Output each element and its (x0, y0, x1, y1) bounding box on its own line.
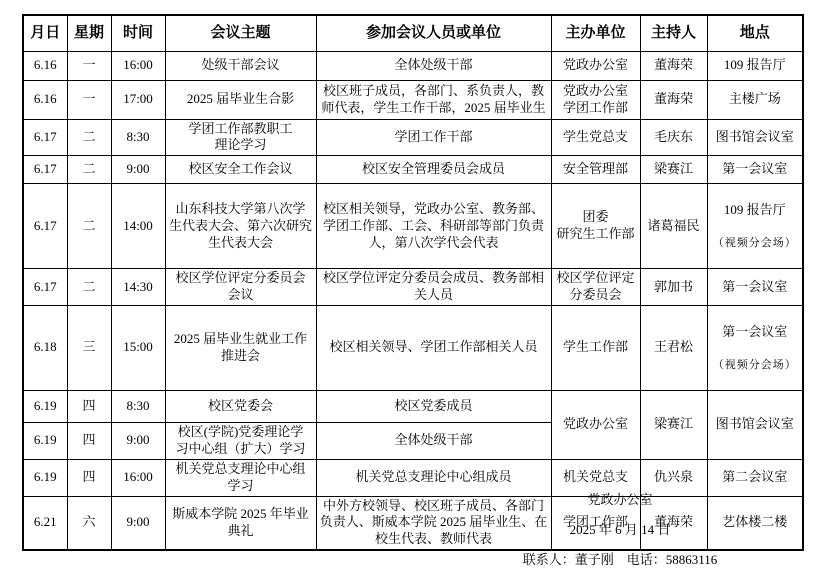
cell-location-merged: 图书馆会议室 (707, 390, 803, 459)
cell-date: 6.17 (23, 119, 67, 156)
cell-host-merged: 梁赛江 (640, 390, 707, 459)
location-name: 109 报告厅 (711, 202, 800, 219)
cell-date: 6.19 (23, 422, 67, 459)
cell-weekday: 四 (67, 422, 111, 459)
footer-block: 党政办公室 2025 年 6 月 14 日 联系人：董子刚 电话：5886311… (420, 489, 820, 578)
cell-topic: 学团工作部教职工 理论学习 (165, 119, 316, 156)
cell-weekday: 二 (67, 269, 111, 306)
cell-participants: 全体处级干部 (316, 51, 551, 80)
cell-weekday: 四 (67, 390, 111, 422)
cell-time: 16:00 (111, 459, 165, 496)
cell-date: 6.19 (23, 459, 67, 496)
cell-organizer: 团委 研究生工作部 (551, 184, 640, 269)
col-header-weekday: 星期 (67, 15, 111, 51)
cell-time: 9:00 (111, 422, 165, 459)
cell-location: 图书馆会议室 (707, 119, 803, 156)
col-header-date: 月日 (23, 15, 67, 51)
col-header-location: 地点 (707, 15, 803, 51)
cell-time: 16:00 (111, 51, 165, 80)
table-row: 6.16 一 17:00 2025 届毕业生合影 校区班子成员，各部门、系负责人… (23, 80, 803, 119)
cell-topic: 校区(学院)党委理论学 习中心组（扩大）学习 (165, 422, 316, 459)
cell-date: 6.17 (23, 269, 67, 306)
table-row: 6.18 三 15:00 2025 届毕业生就业工作 推进会 校区相关领导、学团… (23, 305, 803, 390)
cell-organizer: 党政办公室 (551, 51, 640, 80)
cell-time: 17:00 (111, 80, 165, 119)
cell-host: 诸葛福民 (640, 184, 707, 269)
table-row: 6.19 四 8:30 校区党委会 校区党委成员 党政办公室 梁赛江 图书馆会议… (23, 390, 803, 422)
cell-date: 6.19 (23, 390, 67, 422)
cell-topic: 校区安全工作会议 (165, 156, 316, 184)
cell-organizer-merged: 党政办公室 (551, 390, 640, 459)
footer-contact: 联系人：董子刚 电话：58863116 (420, 549, 820, 568)
meeting-schedule-page: 月日 星期 时间 会议主题 参加会议人员或单位 主办单位 主持人 地点 6.16… (0, 0, 826, 578)
cell-participants: 校区相关领导，党政办公室、教务部、学团工作部、工会、科研部等部门负责人，第八次学… (316, 184, 551, 269)
cell-date: 6.18 (23, 305, 67, 390)
cell-location: 109 报告厅 （视频分会场） (707, 184, 803, 269)
cell-topic: 2025 届毕业生合影 (165, 80, 316, 119)
cell-organizer: 校区学位评定 分委员会 (551, 269, 640, 306)
location-name: 第一会议室 (711, 324, 800, 341)
cell-topic: 校区党委会 (165, 390, 316, 422)
header-row: 月日 星期 时间 会议主题 参加会议人员或单位 主办单位 主持人 地点 (23, 15, 803, 51)
cell-date: 6.16 (23, 80, 67, 119)
cell-weekday: 四 (67, 459, 111, 496)
cell-participants: 学团工作干部 (316, 119, 551, 156)
cell-host: 郭加书 (640, 269, 707, 306)
cell-host: 毛庆东 (640, 119, 707, 156)
col-header-organizer: 主办单位 (551, 15, 640, 51)
cell-date: 6.17 (23, 156, 67, 184)
cell-host: 梁赛江 (640, 156, 707, 184)
cell-time: 14:00 (111, 184, 165, 269)
cell-location: 第一会议室 (707, 156, 803, 184)
cell-host: 王君松 (640, 305, 707, 390)
cell-weekday: 一 (67, 51, 111, 80)
cell-weekday: 二 (67, 156, 111, 184)
cell-topic: 山东科技大学第八次学 生代表大会、第六次研究 生代表大会 (165, 184, 316, 269)
cell-weekday: 一 (67, 80, 111, 119)
cell-host: 董海荣 (640, 80, 707, 119)
location-note: （视频分会场） (711, 358, 800, 372)
cell-organizer: 学生党总支 (551, 119, 640, 156)
cell-organizer: 党政办公室 学团工作部 (551, 80, 640, 119)
table-row: 6.17 二 14:30 校区学位评定分委员会 会议 校区学位评定分委员会成员、… (23, 269, 803, 306)
table-row: 6.16 一 16:00 处级干部会议 全体处级干部 党政办公室 董海荣 109… (23, 51, 803, 80)
col-header-topic: 会议主题 (165, 15, 316, 51)
cell-weekday: 三 (67, 305, 111, 390)
col-header-host: 主持人 (640, 15, 707, 51)
schedule-table: 月日 星期 时间 会议主题 参加会议人员或单位 主办单位 主持人 地点 6.16… (22, 14, 804, 551)
footer-date: 2025 年 6 月 14 日 (420, 519, 820, 538)
cell-location: 主楼广场 (707, 80, 803, 119)
cell-time: 8:30 (111, 119, 165, 156)
cell-time: 15:00 (111, 305, 165, 390)
table-row: 6.17 二 14:00 山东科技大学第八次学 生代表大会、第六次研究 生代表大… (23, 184, 803, 269)
cell-topic: 斯威本学院 2025 年毕业 典礼 (165, 496, 316, 550)
cell-organizer: 学生工作部 (551, 305, 640, 390)
cell-topic: 处级干部会议 (165, 51, 316, 80)
footer-department: 党政办公室 (420, 489, 820, 508)
cell-participants: 校区相关领导、学团工作部相关人员 (316, 305, 551, 390)
cell-time: 9:00 (111, 156, 165, 184)
cell-weekday: 六 (67, 496, 111, 550)
cell-time: 9:00 (111, 496, 165, 550)
cell-weekday: 二 (67, 184, 111, 269)
cell-time: 8:30 (111, 390, 165, 422)
cell-participants: 校区安全管理委员会成员 (316, 156, 551, 184)
cell-location: 第一会议室 （视频分会场） (707, 305, 803, 390)
cell-date: 6.21 (23, 496, 67, 550)
cell-weekday: 二 (67, 119, 111, 156)
cell-host: 董海荣 (640, 51, 707, 80)
location-note: （视频分会场） (711, 236, 800, 250)
cell-participants: 校区党委成员 (316, 390, 551, 422)
cell-location: 109 报告厅 (707, 51, 803, 80)
cell-participants: 校区学位评定分委员会成员、教务部相关人员 (316, 269, 551, 306)
cell-time: 14:30 (111, 269, 165, 306)
cell-location: 第一会议室 (707, 269, 803, 306)
cell-date: 6.17 (23, 184, 67, 269)
cell-topic: 机关党总支理论中心组 学习 (165, 459, 316, 496)
table-row: 6.17 二 9:00 校区安全工作会议 校区安全管理委员会成员 安全管理部 梁… (23, 156, 803, 184)
cell-organizer: 安全管理部 (551, 156, 640, 184)
cell-topic: 2025 届毕业生就业工作 推进会 (165, 305, 316, 390)
cell-participants: 全体处级干部 (316, 422, 551, 459)
cell-topic: 校区学位评定分委员会 会议 (165, 269, 316, 306)
col-header-participants: 参加会议人员或单位 (316, 15, 551, 51)
cell-participants: 校区班子成员，各部门、系负责人，教师代表，学生工作干部，2025 届毕业生 (316, 80, 551, 119)
col-header-time: 时间 (111, 15, 165, 51)
table-row: 6.17 二 8:30 学团工作部教职工 理论学习 学团工作干部 学生党总支 毛… (23, 119, 803, 156)
cell-date: 6.16 (23, 51, 67, 80)
